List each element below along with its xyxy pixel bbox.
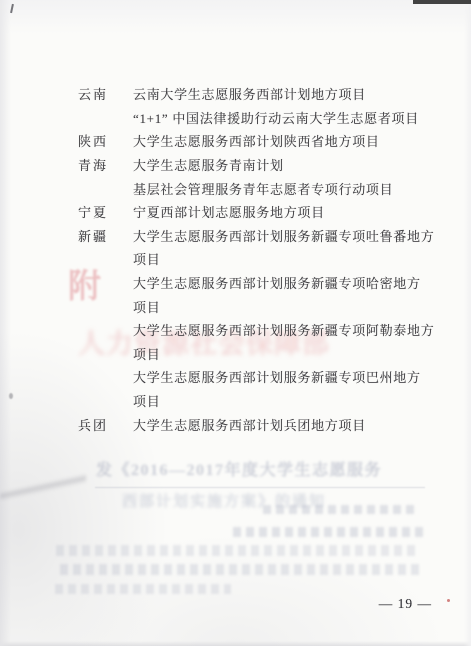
project-name: 项目 bbox=[133, 249, 160, 268]
project-name: 大学生志愿服务西部计划服务新疆专项巴州地方 bbox=[133, 367, 421, 386]
project-row: 陕西大学生志愿服务西部计划陕西省地方项目 bbox=[78, 129, 450, 153]
province-label: 青海 bbox=[78, 155, 133, 174]
project-row: 大学生志愿服务西部计划服务新疆专项巴州地方 bbox=[78, 365, 450, 389]
project-row: 基层社会管理服务青年志愿者专项行动项目 bbox=[78, 176, 450, 200]
project-name: 项目 bbox=[133, 297, 160, 316]
bleedthrough-text-blur bbox=[233, 527, 423, 537]
project-row: 项目 bbox=[78, 247, 450, 271]
province-label: 宁夏 bbox=[78, 202, 133, 221]
project-row: 宁夏宁夏西部计划志愿服务地方项目 bbox=[78, 200, 450, 224]
bleedthrough-text-blur bbox=[263, 505, 415, 514]
project-row: 项目 bbox=[78, 389, 450, 413]
province-label: 云南 bbox=[78, 84, 133, 103]
project-row: 项目 bbox=[78, 342, 450, 366]
bleedthrough-title-line1: 发《2016—2017年度大学生志愿服务 bbox=[96, 457, 382, 480]
pen-mark bbox=[10, 4, 14, 13]
project-name: 大学生志愿服务青南计划 bbox=[133, 155, 284, 174]
project-row: 云南云南大学生志愿服务西部计划地方项目 bbox=[78, 82, 450, 106]
bleedthrough-text-blur bbox=[60, 564, 422, 575]
project-name: 大学生志愿服务西部计划陕西省地方项目 bbox=[133, 131, 380, 150]
bleedthrough-rule bbox=[95, 487, 425, 488]
scan-edge-artifact bbox=[413, 0, 471, 4]
province-label: 新疆 bbox=[78, 226, 133, 245]
project-name: 基层社会管理服务青年志愿者专项行动项目 bbox=[133, 179, 393, 198]
project-row: 兵团大学生志愿服务西部计划兵团地方项目 bbox=[78, 412, 450, 436]
project-row: 青海大学生志愿服务青南计划 bbox=[78, 153, 450, 177]
project-name: 大学生志愿服务西部计划服务新疆专项阿勒泰地方 bbox=[133, 320, 434, 339]
project-name: 大学生志愿服务西部计划服务新疆专项哈密地方 bbox=[133, 273, 421, 292]
project-name: 云南大学生志愿服务西部计划地方项目 bbox=[133, 84, 366, 103]
project-row: 项目 bbox=[78, 294, 450, 318]
project-name: 项目 bbox=[133, 344, 160, 363]
paper-crease bbox=[0, 474, 86, 500]
project-name: 大学生志愿服务西部计划兵团地方项目 bbox=[133, 415, 366, 434]
page-number: — 19 — bbox=[379, 596, 432, 612]
project-row: “1+1” 中国法律援助行动云南大学生志愿者项目 bbox=[78, 106, 450, 130]
project-name: 大学生志愿服务西部计划服务新疆专项吐鲁番地方 bbox=[133, 226, 434, 245]
project-row: 大学生志愿服务西部计划服务新疆专项阿勒泰地方 bbox=[78, 318, 450, 342]
scan-speck bbox=[9, 393, 13, 399]
project-list: 云南云南大学生志愿服务西部计划地方项目“1+1” 中国法律援助行动云南大学生志愿… bbox=[78, 82, 450, 436]
project-name: 项目 bbox=[133, 391, 160, 410]
province-label: 陕西 bbox=[78, 131, 133, 150]
project-row: 新疆大学生志愿服务西部计划服务新疆专项吐鲁番地方 bbox=[78, 224, 450, 248]
red-speck bbox=[447, 599, 450, 602]
province-label: 兵团 bbox=[78, 415, 133, 434]
bleedthrough-text-blur bbox=[56, 545, 420, 556]
project-name: “1+1” 中国法律援助行动云南大学生志愿者项目 bbox=[133, 108, 419, 127]
project-row: 大学生志愿服务西部计划服务新疆专项哈密地方 bbox=[78, 271, 450, 295]
project-name: 宁夏西部计划志愿服务地方项目 bbox=[133, 202, 325, 221]
scanned-document-page: 附 人力资源社会保障部 云南云南大学生志愿服务西部计划地方项目“1+1” 中国法… bbox=[0, 0, 471, 646]
bleedthrough-text-blur bbox=[55, 584, 231, 594]
